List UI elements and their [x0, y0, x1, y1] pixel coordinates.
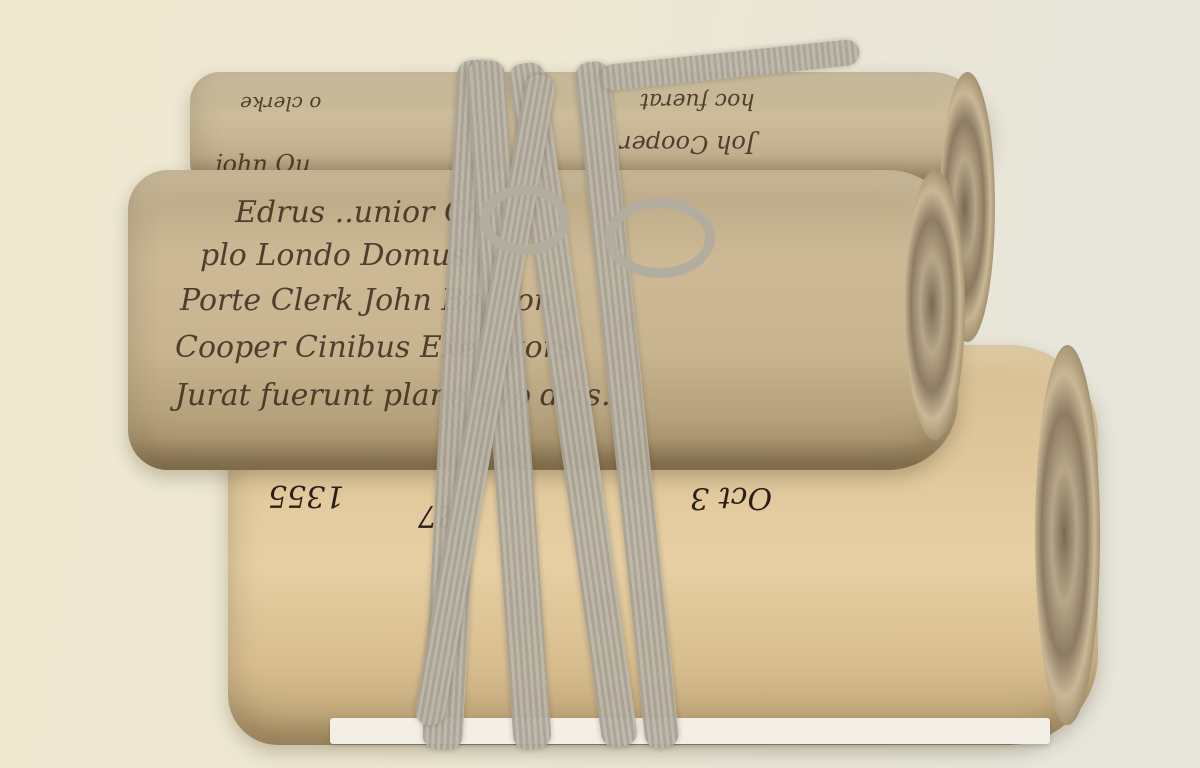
middle-scroll-end [905, 170, 965, 440]
mid-line-5: Jurat fuerunt plano sup dcis. [175, 378, 611, 413]
ribbon-knot [480, 185, 570, 255]
photo-scene: hoc fuerat Joh Cooper o clerke john Ou E… [0, 0, 1200, 768]
label-oct3: Oct 3 [690, 480, 772, 515]
top-text-3: o clerke [240, 92, 321, 116]
bottom-scroll-end [1035, 345, 1100, 725]
label-1355: 1355 [268, 478, 344, 513]
top-text-1: hoc fuerat [640, 88, 755, 113]
top-text-2: Joh Cooper [620, 130, 755, 158]
ribbon-bow-loop [605, 198, 715, 278]
mid-line-2: plo Londo Domus [200, 238, 466, 273]
